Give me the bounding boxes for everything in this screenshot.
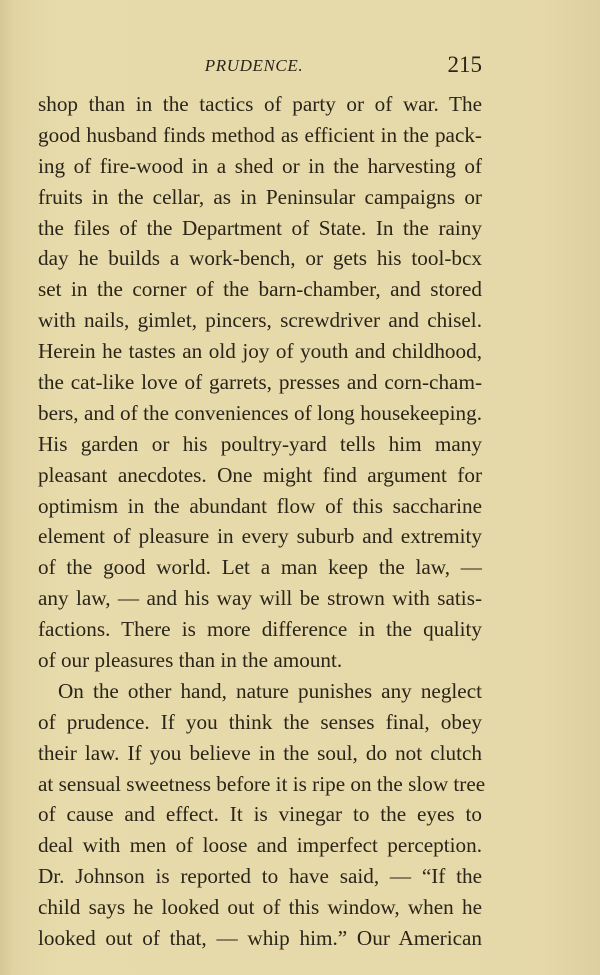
text-line: On the other hand, nature punishes any n… [38,676,482,707]
text-line: set in the corner of the barn-chamber, a… [38,274,482,305]
running-head: PRUDENCE. 215 [38,52,482,82]
text-line: good husband finds method as efficient i… [38,120,482,151]
text-line: Herein he tastes an old joy of youth and… [38,336,482,367]
text-line: deal with men of loose and imperfect per… [38,830,482,861]
text-line: child says he looked out of this window,… [38,892,482,923]
running-title: PRUDENCE. [38,56,482,76]
text-line: their law. If you believe in the soul, d… [38,738,482,769]
text-line: with nails, gimlet, pincers, screwdriver… [38,305,482,336]
text-line: of prudence. If you think the senses fin… [38,707,482,738]
text-line: Dr. Johnson is reported to have said, — … [38,861,482,892]
text-line: His garden or his poultry-yard tells him… [38,429,482,460]
text-line: looked out of that, — whip him.” Our Ame… [38,923,482,954]
text-line: ing of fire-wood in a shed or in the har… [38,151,482,182]
text-line: element of pleasure in every suburb and … [38,521,482,552]
text-line: of our pleasures than in the amount. [38,645,482,676]
text-line: bers, and of the conveniences of long ho… [38,398,482,429]
text-line: day he builds a work-bench, or gets his … [38,243,482,274]
text-line: of cause and effect. It is vinegar to th… [38,799,482,830]
text-line: shop than in the tactics of party or of … [38,89,482,120]
book-page: PRUDENCE. 215 shop than in the tactics o… [0,0,600,975]
text-line: optimism in the abundant flow of this sa… [38,491,482,522]
text-line: fruits in the cellar, as in Peninsular c… [38,182,482,213]
text-line: of the good world. Let a man keep the la… [38,552,482,583]
text-line: pleasant anecdotes. One might find argum… [38,460,482,491]
text-line: the cat-like love of garrets, presses an… [38,367,482,398]
body-text: shop than in the tactics of party or of … [38,89,482,954]
text-line: factions. There is more difference in th… [38,614,482,645]
text-line: at sensual sweetness before it is ripe o… [38,769,482,800]
page-number: 215 [448,52,483,78]
text-line: the files of the Department of State. In… [38,213,482,244]
text-line: any law, — and his way will be strown wi… [38,583,482,614]
